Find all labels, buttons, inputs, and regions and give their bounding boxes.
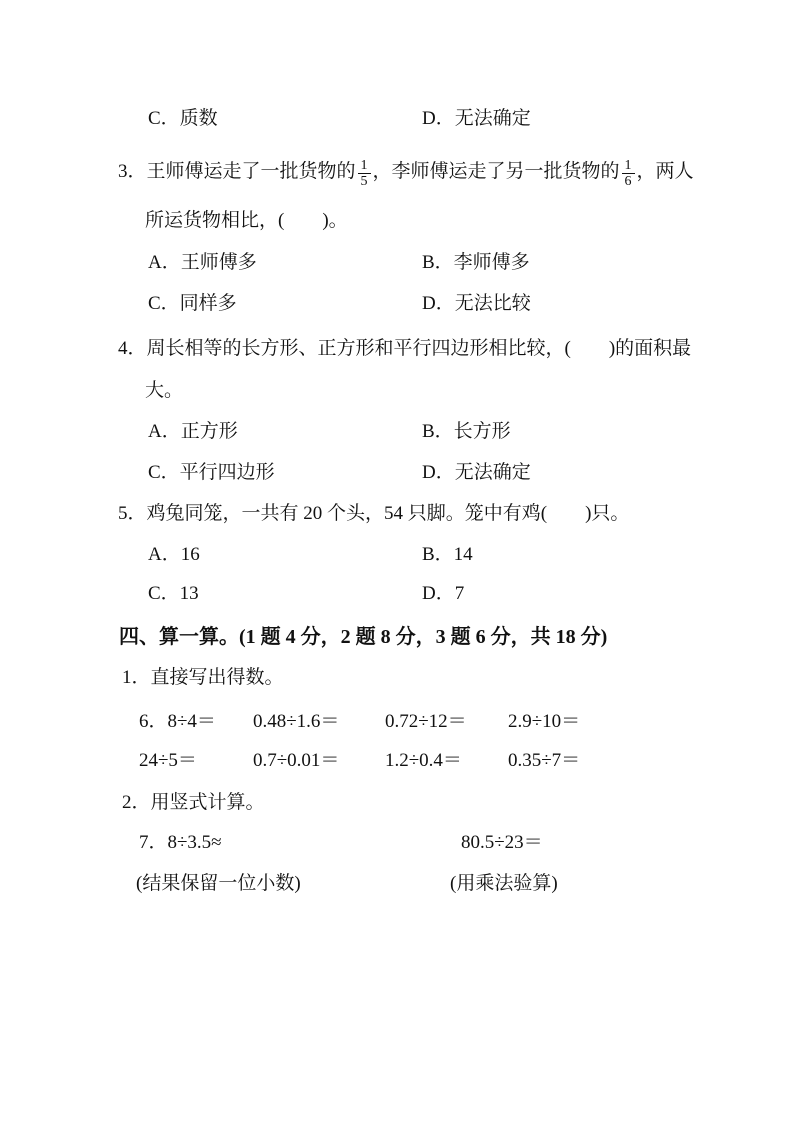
question-5-options-row-1: A．16 B．14 <box>0 542 793 568</box>
oral-calc-row-1: 6．8÷4＝ 0.48÷1.6＝ 0.72÷12＝ 2.9÷10＝ <box>0 709 793 735</box>
question-4-option-a: A．正方形 <box>148 419 238 445</box>
question-5-options-row-2: C．13 D．7 <box>0 581 793 607</box>
question-5-option-a: A．16 <box>148 542 200 568</box>
oral-calc-expression: 0.72÷12＝ <box>385 709 467 735</box>
question-3-option-d: D．无法比较 <box>422 291 531 317</box>
question-4-options-row-1: A．正方形 B．长方形 <box>0 419 793 445</box>
calc-item-2-title: 2．用竖式计算。 <box>0 790 793 816</box>
section-4-header-text: 四、算一算。(1 题 4 分，2 题 8 分，3 题 6 分，共 18 分) <box>119 626 607 648</box>
vertical-calc-row: 7．8÷3.5≈ 80.5÷23＝ <box>0 830 793 856</box>
fraction-numerator: 1 <box>358 158 371 174</box>
oral-calc-expression: 6．8÷4＝ <box>139 709 216 735</box>
oral-calc-expression: 0.35÷7＝ <box>508 748 580 774</box>
section-4-header: 四、算一算。(1 题 4 分，2 题 8 分，3 题 6 分，共 18 分) <box>0 624 793 650</box>
prev-option-c: C．质数 <box>148 106 218 132</box>
question-4-text-continuation: 大。 <box>145 380 183 401</box>
prev-option-d: D．无法确定 <box>422 106 531 132</box>
fraction-denominator: 6 <box>625 174 632 189</box>
oral-calc-expression: 2.9÷10＝ <box>508 709 580 735</box>
oral-calc-expression: 24÷5＝ <box>139 748 197 774</box>
fraction-numerator: 1 <box>622 158 635 174</box>
vertical-calc-note-1: (结果保留一位小数) <box>136 871 301 897</box>
calc-item-2-title-text: 2．用竖式计算。 <box>122 792 265 813</box>
question-5-line-1: 5．鸡兔同笼，一共有 20 个头，54 只脚。笼中有鸡( )只。 <box>0 501 793 527</box>
question-3-option-c: C．同样多 <box>148 291 237 317</box>
question-3-option-a: A．王师傅多 <box>148 250 257 276</box>
vertical-calc-expression-1: 7．8÷3.5≈ <box>139 830 222 856</box>
fraction-one-fifth: 15 <box>358 158 371 189</box>
oral-calc-expression: 0.7÷0.01＝ <box>253 748 339 774</box>
question-3-text-continuation: 所运货物相比，( )。 <box>145 210 348 231</box>
question-5-text: 5．鸡兔同笼，一共有 20 个头，54 只脚。笼中有鸡( )只。 <box>118 503 629 524</box>
question-4-options-row-2: C．平行四边形 D．无法确定 <box>0 460 793 486</box>
vertical-calc-note-2: (用乘法验算) <box>450 871 558 897</box>
question-5-option-c: C．13 <box>148 581 199 607</box>
vertical-calc-notes-row: (结果保留一位小数) (用乘法验算) <box>0 871 793 897</box>
oral-calc-expression: 0.48÷1.6＝ <box>253 709 339 735</box>
fraction-denominator: 5 <box>361 174 368 189</box>
question-4-option-b: B．长方形 <box>422 419 511 445</box>
fraction-one-sixth: 16 <box>622 158 635 189</box>
calc-item-1-title-text: 1．直接写出得数。 <box>122 667 284 688</box>
calc-item-1-title: 1．直接写出得数。 <box>0 665 793 691</box>
question-3-line-1: 3．王师傅运走了一批货物的15，李师傅运走了另一批货物的16，两人 <box>0 157 793 183</box>
vertical-calc-expression-2: 80.5÷23＝ <box>461 830 543 856</box>
question-3-text-mid: ，李师傅运走了另一批货物的 <box>373 161 620 182</box>
question-3-option-b: B．李师傅多 <box>422 250 530 276</box>
question-4-line-2: 大。 <box>0 378 793 404</box>
question-3-text-lead: 3．王师傅运走了一批货物的 <box>118 161 356 182</box>
exam-page: C．质数 D．无法确定 3．王师傅运走了一批货物的15，李师傅运走了另一批货物的… <box>0 0 793 1122</box>
question-3-line-2: 所运货物相比，( )。 <box>0 208 793 234</box>
question-5-option-d: D．7 <box>422 581 464 607</box>
oral-calc-row-2: 24÷5＝ 0.7÷0.01＝ 1.2÷0.4＝ 0.35÷7＝ <box>0 748 793 774</box>
question-4-option-c: C．平行四边形 <box>148 460 275 486</box>
question-3-text-tail: ，两人 <box>637 161 694 182</box>
question-4-option-d: D．无法确定 <box>422 460 531 486</box>
question-4-line-1: 4．周长相等的长方形、正方形和平行四边形相比较，( )的面积最 <box>0 336 793 362</box>
oral-calc-expression: 1.2÷0.4＝ <box>385 748 462 774</box>
question-4-text: 4．周长相等的长方形、正方形和平行四边形相比较，( )的面积最 <box>118 338 691 359</box>
question-5-option-b: B．14 <box>422 542 473 568</box>
question-3-options-row-2: C．同样多 D．无法比较 <box>0 291 793 317</box>
question-3-options-row-1: A．王师傅多 B．李师傅多 <box>0 250 793 276</box>
prev-question-options-row: C．质数 D．无法确定 <box>0 106 793 132</box>
